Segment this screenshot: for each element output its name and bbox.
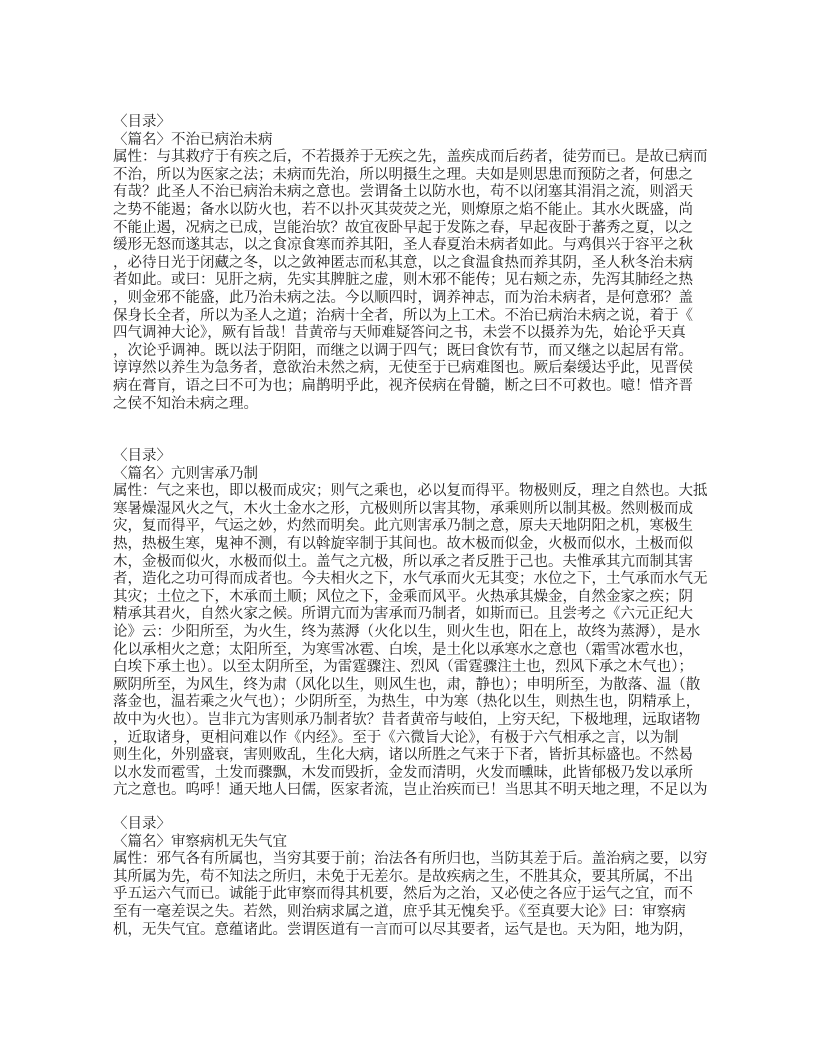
section-bu-zhi-yi-bing: 〈目录〉 〈篇名〉不治已病治未病 属性：与其救疗于有疾之后，不若摄养于无疾之先，… xyxy=(113,114,716,413)
chapter-body: 属性：气之来也，即以极而成灾；则气之乘也，必以复而得平。物极则反，理之自然也。大… xyxy=(113,483,716,800)
chapter-title: 〈篇名〉亢则害承乃制 xyxy=(113,466,716,484)
chapter-title: 〈篇名〉审察病机无失气宜 xyxy=(113,834,716,852)
chapter-body: 属性：邪气各有所属也，当穷其要于前；治法各有所归也，当防其差于后。盖治病之要，以… xyxy=(113,851,716,939)
toc-marker: 〈目录〉 xyxy=(113,448,716,466)
chapter-body: 属性：与其救疗于有疾之后，不若摄养于无疾之先，盖疾成而后药者，徒劳而已。是故已病… xyxy=(113,149,716,413)
section-kang-ze-hai: 〈目录〉 〈篇名〉亢则害承乃制 属性：气之来也，即以极而成灾；则气之乘也，必以复… xyxy=(113,448,716,800)
section-shen-cha-bing-ji: 〈目录〉 〈篇名〉审察病机无失气宜 属性：邪气各有所属也，当穷其要于前；治法各有… xyxy=(113,816,716,939)
toc-marker: 〈目录〉 xyxy=(113,114,716,132)
toc-marker: 〈目录〉 xyxy=(113,816,716,834)
chapter-title: 〈篇名〉不治已病治未病 xyxy=(113,132,716,150)
document-page: 〈目录〉 〈篇名〉不治已病治未病 属性：与其救疗于有疾之后，不若摄养于无疾之先，… xyxy=(0,0,816,1056)
